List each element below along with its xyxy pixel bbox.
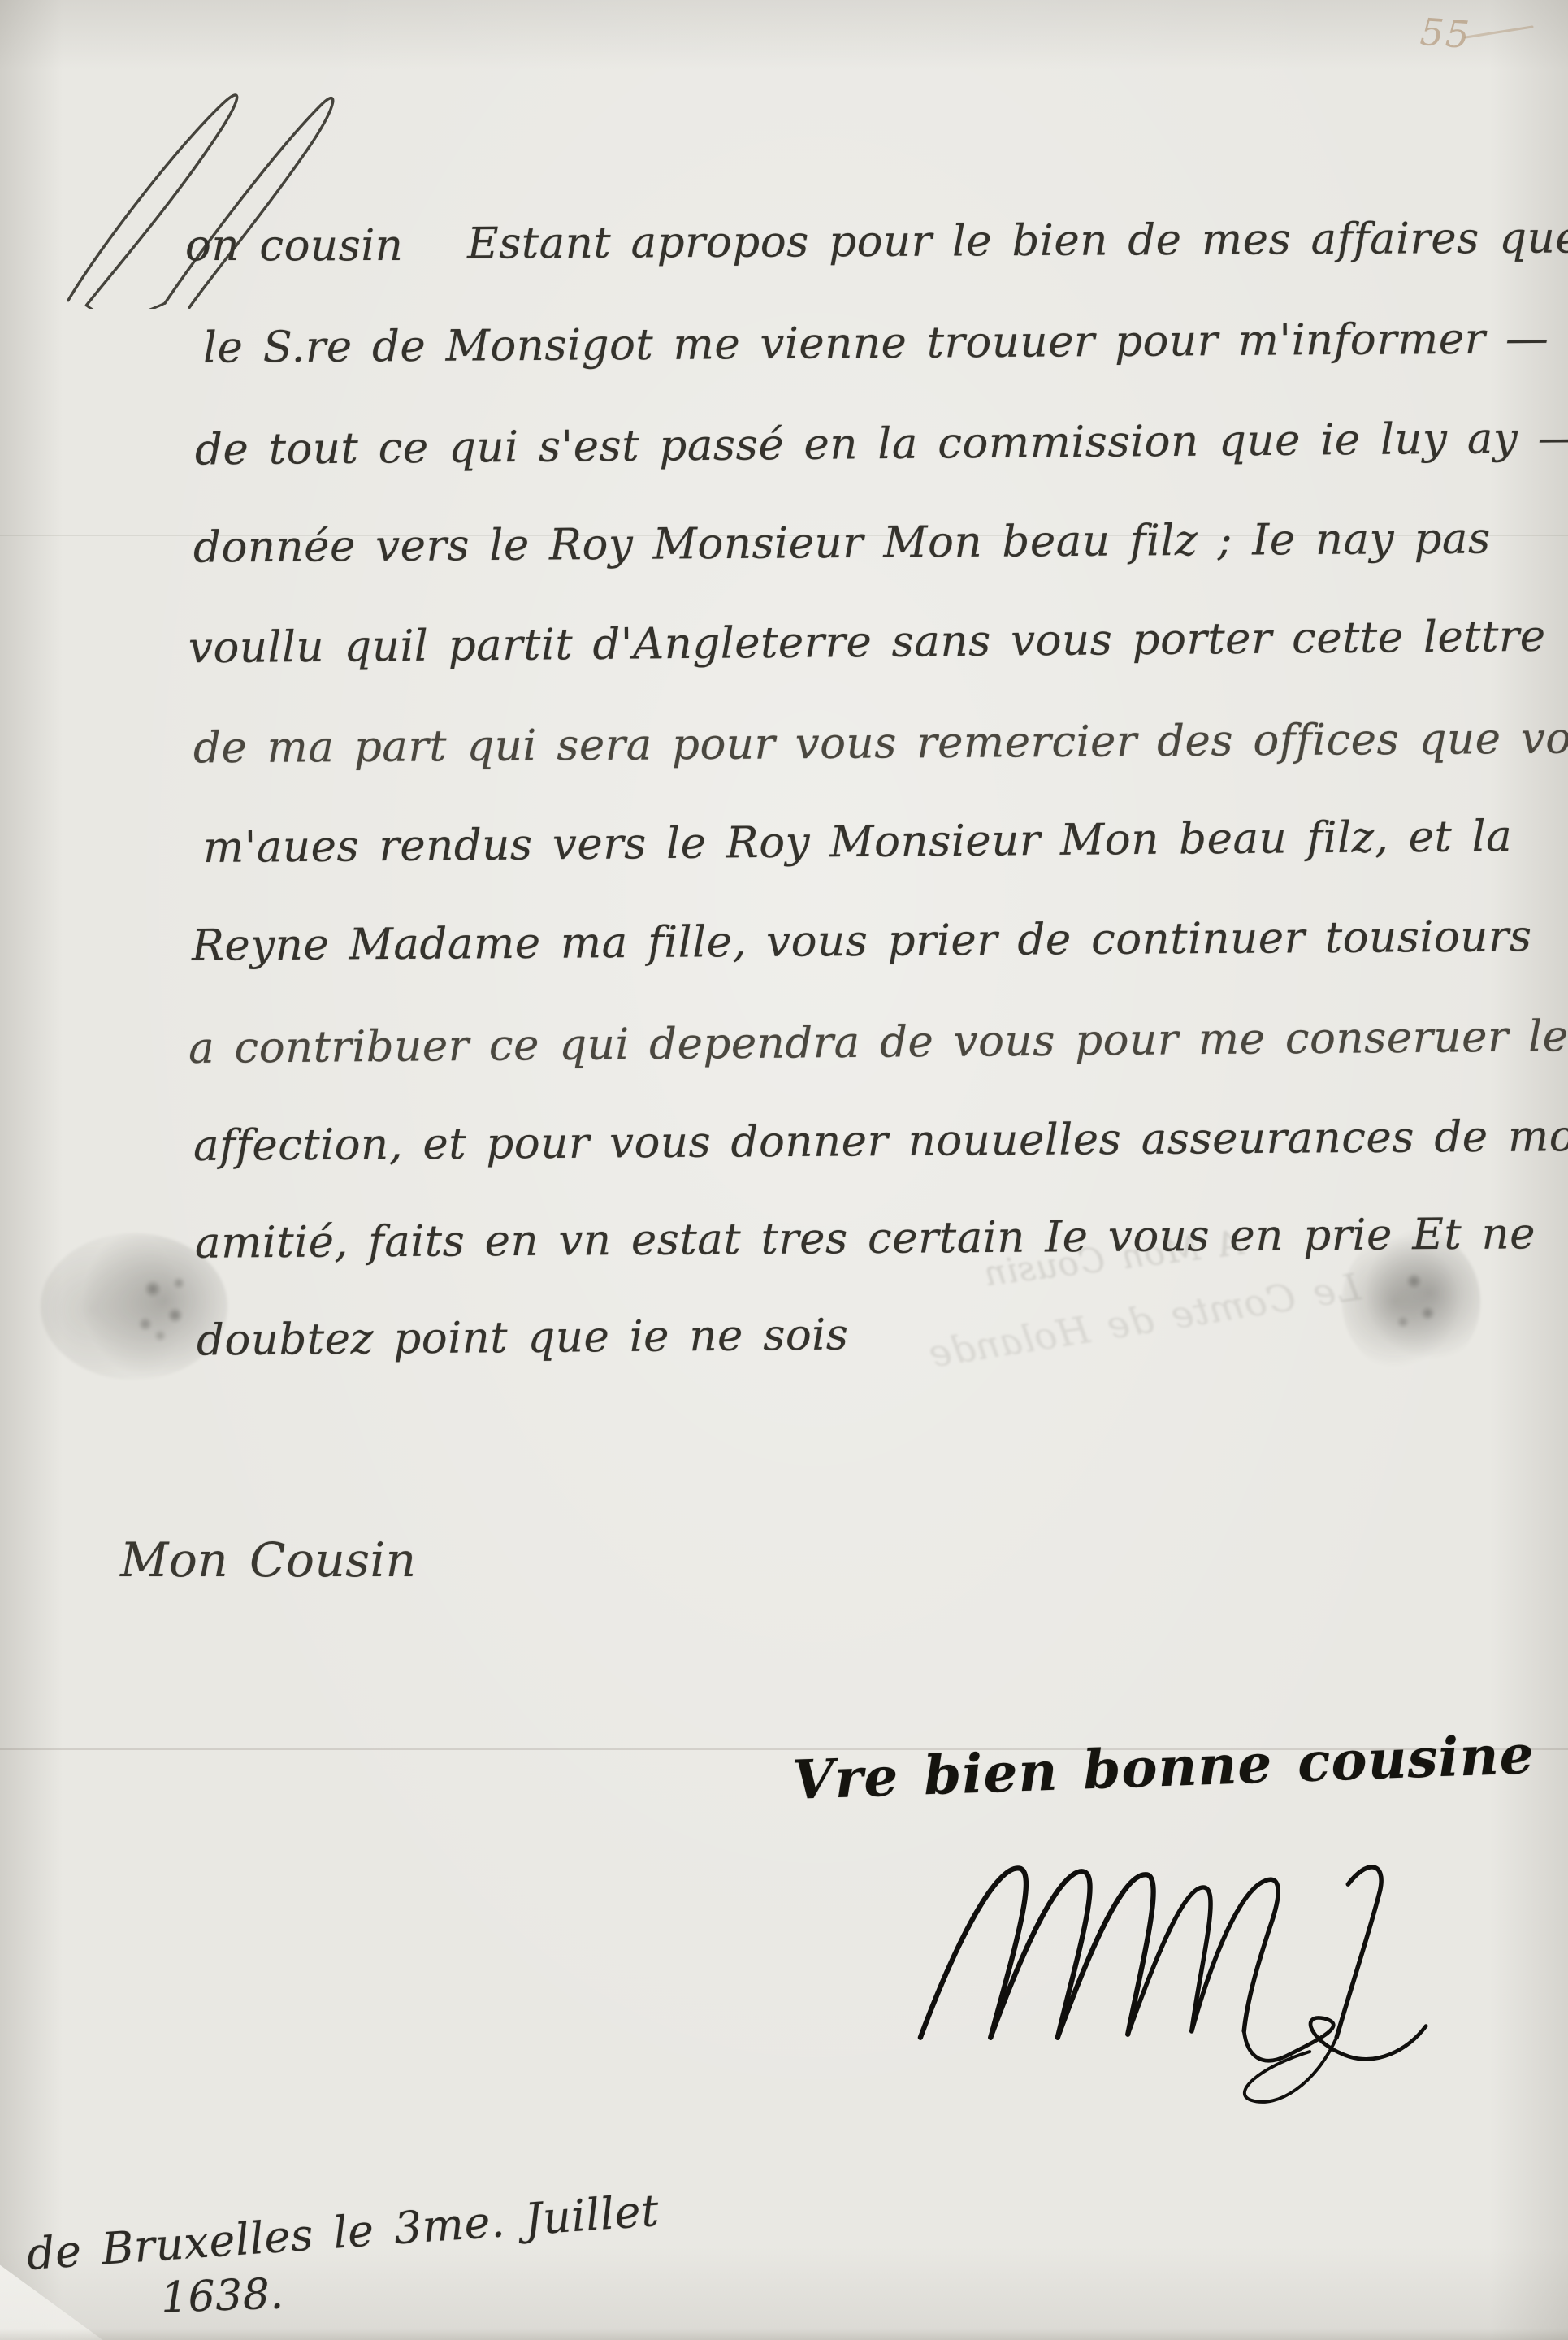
scanned-letter-page: 55 on cousin Estant apropos pour le bien…: [0, 0, 1568, 2340]
letter-line: de ma part qui sera pour vous remercier …: [193, 713, 1568, 773]
letter-line: donnée vers le Roy Monsieur Mon beau fil…: [193, 513, 1491, 572]
closing-formula: Vre bien bonne cousine: [791, 1722, 1536, 1812]
letter-line: affection, et pour vous donner nouuelles…: [193, 1111, 1568, 1171]
letter-line: le S.re de Monsigot me vienne trouuer po…: [203, 314, 1549, 373]
letter-line: a contribuer ce qui dependra de vous pou…: [188, 1011, 1568, 1073]
seal-blot-right: [1342, 1228, 1480, 1375]
letter-line: Reyne Madame ma fille, vous prier de con…: [192, 912, 1532, 971]
letter-m-flourish: [50, 84, 392, 309]
fold-crease: [0, 535, 1568, 536]
salutation-text: on cousin: [185, 221, 403, 271]
folio-number: 55: [1419, 10, 1472, 57]
letter-line: Estant apropos pour le bien de mes affai…: [467, 213, 1568, 268]
letter-line: doubtez point que ie ne sois: [197, 1310, 849, 1365]
letter-line: amitié, faits en vn estat tres certain I…: [195, 1209, 1536, 1268]
second-salutation: Mon Cousin: [120, 1532, 416, 1588]
letter-line: voullu quil partit d'Angleterre sans vou…: [188, 612, 1546, 674]
letter-line: m'aues rendus vers le Roy Monsieur Mon b…: [203, 812, 1513, 873]
signature-marie-flourish: [841, 1846, 1523, 2114]
seal-blot-left: [41, 1233, 227, 1380]
dateline-year: 1638.: [160, 2269, 284, 2322]
dateline-place: de Bruxelles le 3me. Juillet: [25, 2185, 661, 2280]
letter-line: de tout ce qui s'est passé en la commiss…: [195, 414, 1568, 475]
paper-bottom-edge: [0, 2329, 1568, 2340]
folio-number-flourish: [1464, 25, 1533, 38]
